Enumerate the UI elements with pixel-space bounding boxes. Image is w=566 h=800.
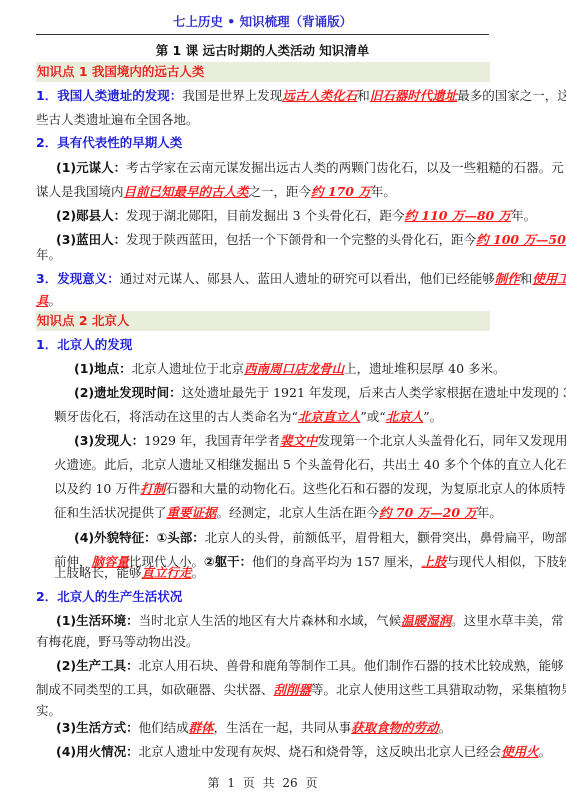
key-term: 约 100 万—50 万: [476, 232, 566, 247]
item-label: (3)蓝田人：: [56, 232, 126, 247]
text: 发现于陕西蓝田，包括一个下颌骨和一个完整的头骨化石，距今: [126, 232, 476, 247]
text: 上肢略长，能够: [54, 565, 142, 580]
key-term: 获取食物的劳动: [351, 720, 439, 735]
key-term: 制作: [495, 271, 520, 286]
key-term: 北京直立人: [298, 409, 361, 424]
text: 发现第一个北京人头盖骨化石，同年又发现用: [317, 433, 566, 448]
key-term: 裴文中: [280, 433, 318, 448]
document-header-title: 七上历史 • 知识梳理（背诵版）: [36, 12, 489, 30]
text: 北京人遗址中发现有灰烬、烧石和烧骨等，这反映出北京人已经会: [139, 744, 502, 759]
kp2-production-heading: 2．北京人的生产生活状况: [36, 589, 182, 605]
fire-use-line: (4)用火情况：北京人遗址中发现有灰烬、烧石和烧骨等，这反映出北京人已经会使用火…: [56, 744, 551, 760]
text: 他们的身高平均为 157 厘米，: [252, 554, 421, 569]
key-term: 使用火: [501, 744, 539, 759]
kp1-significance-line1: 3．发现意义：通过对元谋人、郧县人、蓝田人遗址的研究可以看出，他们已经能够制作和…: [36, 271, 566, 287]
section-heading: 1．我国人类遗址的发现：: [36, 88, 182, 103]
sub-label: ②躯干：: [204, 554, 252, 569]
text: 火遗迹。此后，北京人遗址又相继发掘出 5 个头盖骨化石，共出土 40 多个个体的…: [54, 457, 566, 472]
text: 他们结成: [139, 720, 189, 735]
text: 。: [439, 720, 452, 735]
text: 。: [49, 293, 62, 308]
item-label: (1)生活环境：: [56, 613, 139, 628]
kp1-discovery-line1: 1．我国人类遗址的发现：我国是世界上发现远古人类化石和旧石器时代遗址最多的国家之…: [36, 88, 566, 104]
item-label: (4)用火情况：: [56, 744, 139, 759]
text: 与现代人相似，下肢较: [446, 554, 566, 569]
text: 北京人遗址位于北京: [132, 361, 245, 376]
discoverer-line1: (3)发现人：1929 年，我国青年学者裴文中发现第一个北京人头盖骨化石，同年又…: [74, 433, 566, 449]
environment-line1: (1)生活环境：当时北京人生活的地区有大片森林和水域，气候温暖湿润。这里水草丰美…: [56, 613, 564, 629]
text: 等。北京人使用这些工具猎取动物，采集植物果: [311, 682, 566, 697]
tools-line3: 实。: [36, 703, 61, 719]
text: 之一，距今: [249, 184, 312, 199]
text: 年。: [477, 505, 502, 520]
key-term: 群体: [189, 720, 214, 735]
key-term: 温暖湿润: [401, 613, 451, 628]
item-label: (1)地点：: [74, 361, 132, 376]
text: 制成不同类型的工具，如砍砸器、尖状器、: [36, 682, 274, 697]
knowledge-point-2-bar: 知识点 2 北京人: [36, 311, 490, 331]
key-term: 约 110 万—80 万: [405, 208, 512, 223]
header-divider: [36, 34, 489, 35]
text: 和: [520, 271, 533, 286]
item-label: (2)生产工具：: [56, 658, 139, 673]
key-term: 北京人: [386, 409, 424, 424]
text: 实。: [36, 703, 61, 718]
text: 考古学家在云南元谋发掘出远古人类的两颗门齿化石，以及一些粗糙的石器。元: [126, 160, 564, 175]
kp1-early-humans-heading: 2．具有代表性的早期人类: [36, 135, 182, 151]
tools-line2: 制成不同类型的工具，如砍砸器、尖状器、刮削器等。北京人使用这些工具猎取动物，采集…: [36, 682, 566, 698]
kp1-discovery-line2: 些古人类遗址遍布全国各地。: [36, 112, 199, 128]
key-term: 直立行走: [142, 565, 192, 580]
key-term: 使用工: [532, 271, 566, 286]
item-label: (3)发现人：: [74, 433, 144, 448]
key-term: 旧石器时代遗址: [370, 88, 458, 103]
section-heading: 3．发现意义：: [36, 271, 120, 286]
item-label: (4)外貌特征：: [74, 530, 157, 545]
appearance-line1: (4)外貌特征：①头部：北京人的头骨，前额低平，眉骨粗大，颧骨突出，鼻骨扁平，吻…: [74, 530, 566, 546]
key-term: 约 170 万: [311, 184, 371, 199]
text: 。这里水草丰美，常: [451, 613, 564, 628]
text: ，生活在一起，共同从事: [214, 720, 352, 735]
key-term: 上肢: [421, 554, 446, 569]
text: 通过对元谋人、郧县人、蓝田人遗址的研究可以看出，他们已经能够: [120, 271, 495, 286]
text: 年。: [371, 184, 396, 199]
text: 颗牙齿化石，将活动在这里的古人类命名为“: [54, 409, 298, 424]
appearance-line3: 上肢略长，能够直立行走。: [54, 565, 204, 581]
text: 和: [357, 88, 370, 103]
key-term: 远古人类化石: [282, 88, 357, 103]
item-label: (2)遗址发现时间：: [74, 385, 182, 400]
key-term: 西南周口店龙骨山: [244, 361, 344, 376]
text: 发现于湖北郧阳，目前发掘出 3 个头骨化石，距今: [126, 208, 404, 223]
text: 征和生活状况提供了: [54, 505, 167, 520]
item-label: (2)郧县人：: [56, 208, 126, 223]
time-line1: (2)遗址发现时间：这处遗址最先于 1921 年发现，后来古人类学家根据在遗址中…: [74, 385, 566, 401]
text: 有梅花鹿，野马等动物出没。: [36, 634, 199, 649]
tools-line1: (2)生产工具：北京人用石块、兽骨和鹿角等制作工具。他们制作石器的技术比较成熟，…: [56, 658, 564, 674]
item-label: (1)元谋人：: [56, 160, 126, 175]
time-line2: 颗牙齿化石，将活动在这里的古人类命名为“北京直立人”或“北京人”。: [54, 409, 442, 425]
text: 年。: [36, 247, 61, 262]
knowledge-point-1-bar: 知识点 1 我国境内的远古人类: [36, 62, 490, 82]
text: 我国是世界上发现: [182, 88, 282, 103]
text: 年。: [511, 208, 536, 223]
discoverer-line4: 征和生活状况提供了重要证据。经测定，北京人生活在距今约 70 万—20 万年。: [54, 505, 502, 521]
text: 以及约 10 万件: [54, 481, 140, 496]
text: 。: [539, 744, 552, 759]
text: 北京人用石块、兽骨和鹿角等制作工具。他们制作石器的技术比较成熟，能够: [139, 658, 564, 673]
text: 这处遗址最先于 1921 年发现，后来古人类学家根据在遗址中发现的 3: [182, 385, 566, 400]
lifestyle-line: (3)生活方式：他们结成群体，生活在一起，共同从事获取食物的劳动。: [56, 720, 451, 736]
text: 些古人类遗址遍布全国各地。: [36, 112, 199, 127]
text: ”或“: [360, 409, 385, 424]
lesson-title: 第 1 课 远古时期的人类活动 知识清单: [36, 41, 489, 59]
lantian-line2: 年。: [36, 247, 61, 263]
page-footer: 第 1 页 共 26 页: [36, 774, 489, 791]
yuanmou-line2: 谋人是我国境内目前已知最早的古人类之一，距今约 170 万年。: [36, 184, 396, 200]
text: 石器和大量的动物化石。这些化石和石器的发现，为复原北京人的体质特: [165, 481, 565, 496]
key-term: 具: [36, 293, 49, 308]
sub-label: ①头部：: [157, 530, 205, 545]
text: 当时北京人生活的地区有大片森林和水域，气候: [139, 613, 402, 628]
yuanmou-line1: (1)元谋人：考古学家在云南元谋发掘出远古人类的两颗门齿化石，以及一些粗糙的石器…: [56, 160, 564, 176]
kp2-discovery-heading: 1．北京人的发现: [36, 337, 132, 353]
text: 最多的国家之一，这: [457, 88, 566, 103]
text: 北京人的头骨，前额低平，眉骨粗大，颧骨突出，鼻骨扁平，吻部: [205, 530, 566, 545]
text: 。经测定，北京人生活在距今: [217, 505, 380, 520]
text: 1929 年，我国青年学者: [144, 433, 280, 448]
discoverer-line2: 火遗迹。此后，北京人遗址又相继发掘出 5 个头盖骨化石，共出土 40 多个个体的…: [54, 457, 566, 473]
text: 谋人是我国境内: [36, 184, 124, 199]
key-term: 刮削器: [274, 682, 312, 697]
location-line: (1)地点：北京人遗址位于北京西南周口店龙骨山上，遗址堆积层厚 40 多米。: [74, 361, 506, 377]
environment-line2: 有梅花鹿，野马等动物出没。: [36, 634, 199, 650]
kp1-significance-line2: 具。: [36, 293, 61, 309]
key-term: 打制: [140, 481, 165, 496]
item-label: (3)生活方式：: [56, 720, 139, 735]
text: 上，遗址堆积层厚 40 多米。: [344, 361, 505, 376]
discoverer-line3: 以及约 10 万件打制石器和大量的动物化石。这些化石和石器的发现，为复原北京人的…: [54, 481, 565, 497]
text: 。: [192, 565, 205, 580]
key-term: 目前已知最早的古人类: [124, 184, 249, 199]
key-term: 重要证据: [167, 505, 217, 520]
text: ”。: [423, 409, 442, 424]
key-term: 约 70 万—20 万: [379, 505, 477, 520]
yunxian-line: (2)郧县人：发现于湖北郧阳，目前发掘出 3 个头骨化石，距今约 110 万—8…: [56, 208, 536, 224]
lantian-line1: (3)蓝田人：发现于陕西蓝田，包括一个下颌骨和一个完整的头骨化石，距今约 100…: [56, 232, 566, 248]
